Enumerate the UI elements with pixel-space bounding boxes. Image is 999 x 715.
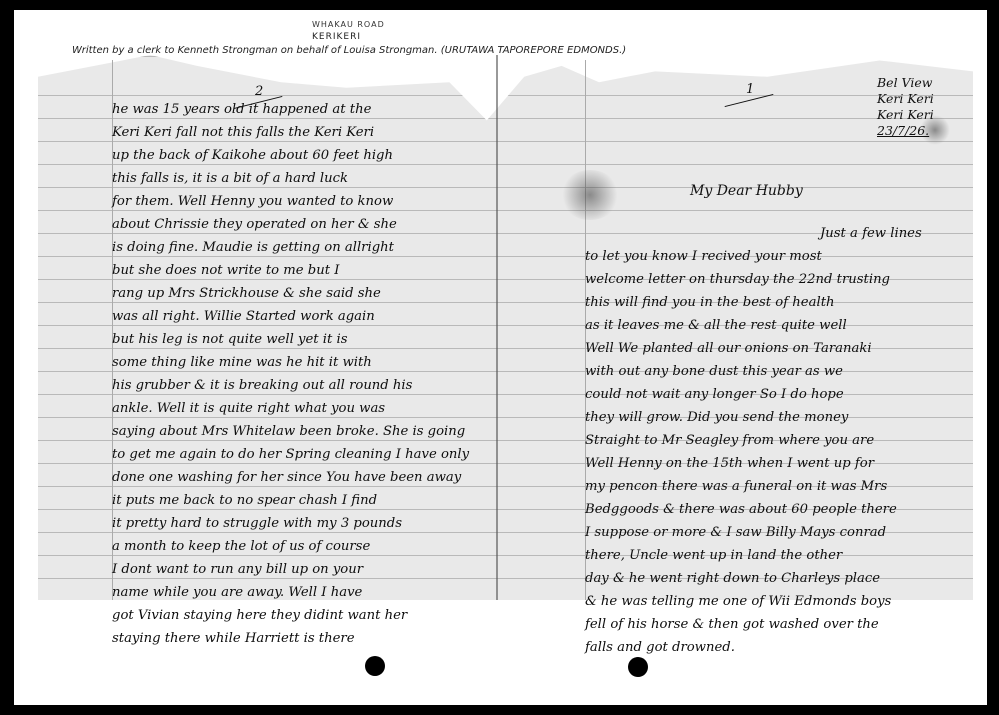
- text-line: he was 15 years old it happened at the: [112, 98, 469, 121]
- text-line: I dont want to run any bill up on your: [112, 558, 469, 581]
- salutation: My Dear Hubby: [690, 183, 803, 199]
- text-line: falls and got drowned.: [585, 636, 922, 659]
- text-line: his grubber & it is breaking out all rou…: [112, 374, 469, 397]
- annotation-note: Written by a clerk to Kenneth Strongman …: [72, 45, 626, 56]
- text-line: is doing fine. Maudie is getting on allr…: [112, 236, 469, 259]
- text-line: name while you are away. Well I have: [112, 581, 469, 604]
- text-line: Just a few lines: [585, 222, 922, 245]
- text-line: there, Uncle went up in land the other: [585, 544, 922, 567]
- text-line: saying about Mrs Whitelaw been broke. Sh…: [112, 420, 469, 443]
- text-line: my pencon there was a funeral on it was …: [585, 475, 922, 498]
- text-line: with out any bone dust this year as we: [585, 360, 922, 383]
- text-line: a month to keep the lot of us of course: [112, 535, 469, 558]
- text-line: Straight to Mr Seagley from where you ar…: [585, 429, 922, 452]
- text-line: for them. Well Henny you wanted to know: [112, 190, 469, 213]
- right-page-number: 1: [746, 82, 754, 97]
- text-line: as it leaves me & all the rest quite wel…: [585, 314, 922, 337]
- text-line: was all right. Willie Started work again: [112, 305, 469, 328]
- text-line: to get me again to do her Spring cleanin…: [112, 443, 469, 466]
- text-line: some thing like mine was he hit it with: [112, 351, 469, 374]
- text-line: it puts me back to no spear chash I find: [112, 489, 469, 512]
- page-fold: [496, 55, 498, 600]
- text-line: fell of his horse & then got washed over…: [585, 613, 922, 636]
- text-line: done one washing for her since You have …: [112, 466, 469, 489]
- text-line: Keri Keri fall not this falls the Keri K…: [112, 121, 469, 144]
- text-line: Well Henny on the 15th when I went up fo…: [585, 452, 922, 475]
- text-line: up the back of Kaikohe about 60 feet hig…: [112, 144, 469, 167]
- annotation-address: WHAKAU ROAD: [312, 20, 385, 29]
- text-line: to let you know I recived your most: [585, 245, 922, 268]
- ink-smudge: [560, 170, 620, 220]
- text-line: but she does not write to me but I: [112, 259, 469, 282]
- text-line: & he was telling me one of Wii Edmonds b…: [585, 590, 922, 613]
- address-line: Keri Keri: [877, 91, 934, 107]
- text-line: this falls is, it is a bit of a hard luc…: [112, 167, 469, 190]
- text-line: could not wait any longer So I do hope: [585, 383, 922, 406]
- text-line: I suppose or more & I saw Billy Mays con…: [585, 521, 922, 544]
- text-line: about Chrissie they operated on her & sh…: [112, 213, 469, 236]
- annotation-town: KERIKERI: [312, 32, 361, 42]
- text-line: ankle. Well it is quite right what you w…: [112, 397, 469, 420]
- punch-hole: [365, 656, 385, 676]
- address-line: Bel View: [877, 75, 934, 91]
- text-line: got Vivian staying here they didint want…: [112, 604, 469, 627]
- right-page-text: Just a few linesto let you know I recive…: [585, 222, 922, 659]
- text-line: Well We planted all our onions on Tarana…: [585, 337, 922, 360]
- address-line: Keri Keri: [877, 107, 934, 123]
- text-line: Bedggoods & there was about 60 people th…: [585, 498, 922, 521]
- text-line: rang up Mrs Strickhouse & she said she: [112, 282, 469, 305]
- left-page-number: 2: [255, 84, 263, 99]
- text-line: this will find you in the best of health: [585, 291, 922, 314]
- text-line: it pretty hard to struggle with my 3 pou…: [112, 512, 469, 535]
- text-line: welcome letter on thursday the 22nd trus…: [585, 268, 922, 291]
- text-line: they will grow. Did you send the money: [585, 406, 922, 429]
- text-line: day & he went right down to Charleys pla…: [585, 567, 922, 590]
- text-line: but his leg is not quite well yet it is: [112, 328, 469, 351]
- sender-address: Bel View Keri Keri Keri Keri 23/7/26.: [877, 75, 934, 139]
- punch-hole: [628, 657, 648, 677]
- text-line: staying there while Harriett is there: [112, 627, 469, 650]
- letter-date: 23/7/26.: [877, 123, 934, 139]
- left-page-text: he was 15 years old it happened at theKe…: [112, 98, 469, 650]
